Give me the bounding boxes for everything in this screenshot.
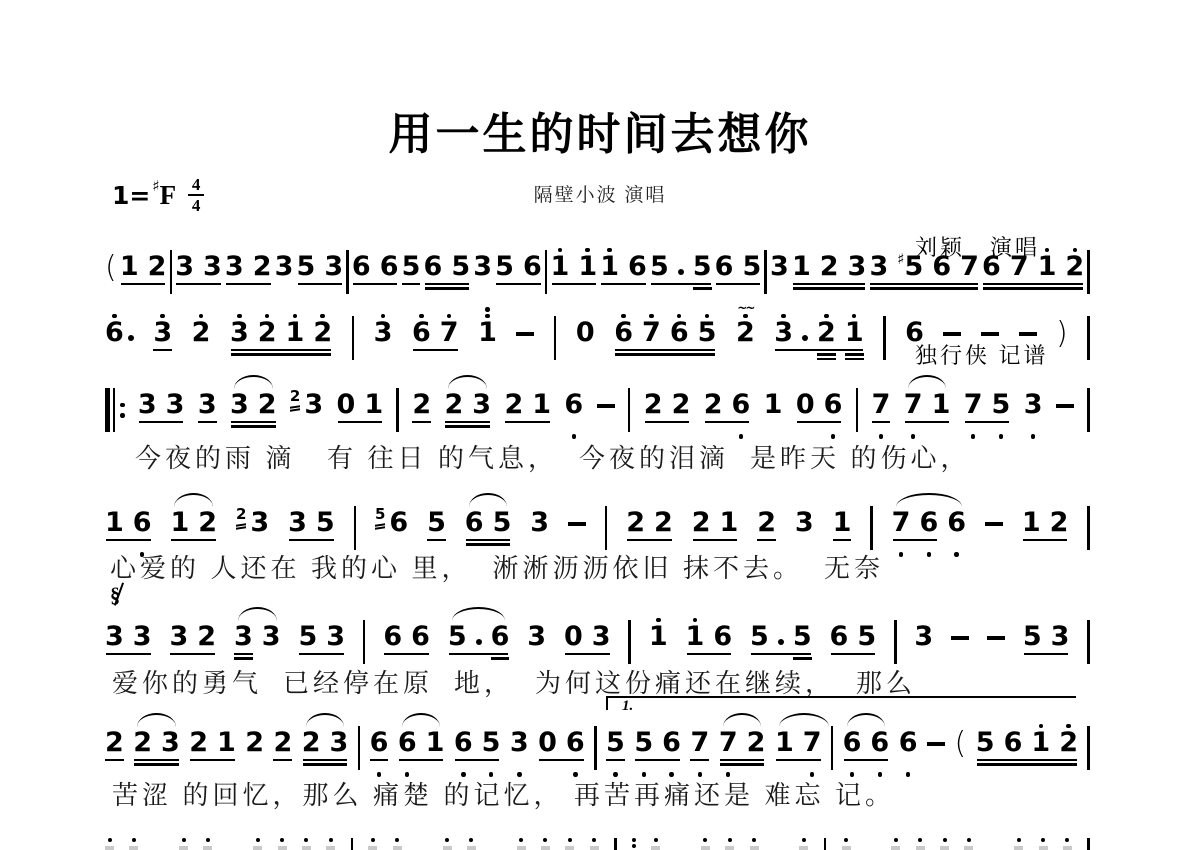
note-digit: 1 xyxy=(578,252,597,282)
octave-dot-below xyxy=(899,552,904,557)
octave-dots-above: ~~ xyxy=(737,302,753,318)
note: 7 xyxy=(960,236,979,304)
note-digit: 5 xyxy=(297,252,316,282)
duration-dash xyxy=(987,636,1005,640)
note-digit: 0 xyxy=(576,318,595,348)
note-digit: 6 xyxy=(919,508,938,538)
note: 2 xyxy=(672,374,691,442)
octave-dots-below xyxy=(1031,432,1036,442)
octave-dot-above xyxy=(485,307,490,312)
note: 3 xyxy=(198,374,217,442)
note: 1 xyxy=(478,302,497,370)
note: 6 xyxy=(424,236,443,304)
barline xyxy=(894,620,897,664)
duration-dash xyxy=(1056,404,1074,408)
beam-group: 16 xyxy=(600,236,647,304)
note: 2 xyxy=(313,302,332,370)
note-underlines xyxy=(198,420,217,432)
note-digit: 3 xyxy=(329,728,348,758)
note-digit: 1 xyxy=(364,390,383,420)
beam-group: 75 xyxy=(964,374,1011,442)
note-underlines xyxy=(478,348,497,360)
note: 2 xyxy=(504,374,523,442)
clipped-note-top xyxy=(393,838,402,850)
note-digit: 7 xyxy=(904,390,923,420)
lyrics-line-2: 心爱的 人还在 我的心 里， 淅淅沥沥依旧 抹不去。 无奈 xyxy=(110,548,884,585)
note-digit: 2 xyxy=(192,318,211,348)
octave-dots-above xyxy=(649,302,654,318)
beam-group: 26 xyxy=(704,374,751,442)
dot xyxy=(182,838,186,842)
octave-dots-above xyxy=(1073,236,1078,252)
note-digit: 2 xyxy=(258,318,277,348)
beam-line xyxy=(775,349,862,352)
note: 1 xyxy=(792,236,811,304)
note: 2 xyxy=(189,712,208,780)
volta-bracket: 1.55677217666(5612 xyxy=(606,712,1078,780)
beam-group: 17 xyxy=(775,712,822,780)
duration-dash xyxy=(985,522,1003,526)
dot xyxy=(469,838,473,842)
beam-group: 6765 xyxy=(614,302,716,370)
note-underlines xyxy=(402,282,421,294)
beam-line xyxy=(413,349,458,352)
beam-line xyxy=(705,421,750,424)
barline xyxy=(1087,388,1090,432)
note-digit: 6 xyxy=(411,622,430,652)
note-digit: 3 xyxy=(105,622,124,652)
note-digit: 6 xyxy=(932,252,951,282)
note-digit: 7 xyxy=(690,728,709,758)
duration-dash xyxy=(951,636,969,640)
mordent-icon: ~~ xyxy=(737,305,753,312)
note-underlines xyxy=(576,348,595,360)
note-digit: 7 xyxy=(964,390,983,420)
beam-line xyxy=(635,759,680,762)
note-digit: 5 xyxy=(451,252,470,282)
note: 2 xyxy=(820,236,839,304)
note-digit: 6 xyxy=(389,508,408,538)
dot xyxy=(592,838,596,842)
note-digit: 3 xyxy=(175,252,194,282)
volta-label: 1. xyxy=(622,698,633,715)
slur-group: 17 xyxy=(775,712,833,780)
note-digit: 3 xyxy=(473,252,492,282)
note: 5 xyxy=(742,236,761,304)
note-digit: 5 xyxy=(448,622,467,652)
digit-stub xyxy=(203,846,212,850)
song-title: 用一生的时间去想你 xyxy=(0,98,1200,162)
note: 3 xyxy=(230,302,249,370)
note-digit: 6 xyxy=(628,252,647,282)
note-digit: 2 xyxy=(817,318,836,348)
clipped-note-top xyxy=(842,838,851,850)
note: 3 xyxy=(225,236,244,304)
beam-line xyxy=(505,421,550,424)
note-digit: 5 xyxy=(976,728,995,758)
note-underlines xyxy=(370,758,389,770)
beam-line xyxy=(170,653,215,656)
note: 0 xyxy=(337,374,356,442)
octave-dot-below xyxy=(999,434,1004,439)
dot xyxy=(206,838,210,842)
note-digit: 7 xyxy=(1010,252,1029,282)
barline xyxy=(883,316,886,360)
beam-group: 5612 xyxy=(976,712,1078,780)
beam-line xyxy=(299,653,344,656)
note-digit: 6 xyxy=(830,622,849,652)
note-underlines xyxy=(564,420,583,432)
dot xyxy=(654,838,658,842)
note-underlines xyxy=(105,348,124,360)
barline xyxy=(628,620,631,664)
barline xyxy=(1087,506,1090,550)
beam-group: 32 xyxy=(230,374,277,442)
grace-note: 2 xyxy=(290,389,300,411)
note-underlines xyxy=(412,420,431,432)
note-digit: 2 xyxy=(313,318,332,348)
note: 6 xyxy=(523,236,542,304)
augmentation-dot xyxy=(128,335,134,341)
note: 1 xyxy=(600,236,619,304)
grace-digit: 2 xyxy=(290,389,300,404)
note: 5 xyxy=(402,236,421,304)
note-digit: 6 xyxy=(352,252,371,282)
key-letter: F xyxy=(160,180,177,211)
note-digit: 6 xyxy=(732,390,751,420)
clipped-note-top xyxy=(517,838,526,850)
parenthesis: ) xyxy=(1056,314,1068,354)
clipped-next-line-strip xyxy=(105,838,1090,850)
beam-line xyxy=(466,539,511,542)
beam-line xyxy=(171,539,216,542)
beam-line xyxy=(693,539,738,542)
beam-line xyxy=(231,353,331,356)
note: 3 xyxy=(848,236,867,304)
note-digit: 3 xyxy=(161,728,180,758)
note: 6 xyxy=(919,492,938,560)
note: 2 xyxy=(148,236,167,304)
note-digit: 1 xyxy=(1022,508,1041,538)
beam-line xyxy=(870,283,977,286)
digit-stub xyxy=(1039,846,1048,850)
dot xyxy=(543,838,547,842)
note-digit: 5 xyxy=(857,622,876,652)
note: 1 xyxy=(532,374,551,442)
note-digit: 2 xyxy=(747,728,766,758)
note: 7 xyxy=(1010,236,1029,304)
note: 7 xyxy=(892,492,911,560)
beam-group: 01 xyxy=(337,374,384,442)
note-digit: 1 xyxy=(217,728,236,758)
note: 3 xyxy=(869,236,888,304)
sharp-icon: ♯ xyxy=(152,177,159,195)
note-digit: 6 xyxy=(523,252,542,282)
octave-dots-above xyxy=(1039,712,1044,728)
note-digit: 2 xyxy=(197,622,216,652)
key-prefix: 1= xyxy=(112,181,150,210)
barline xyxy=(856,388,859,432)
grace-digit: 5 xyxy=(375,507,385,522)
note-digit: 0 xyxy=(564,622,583,652)
note: 5 xyxy=(606,712,625,780)
music-line-2: 6323212367106765~~23216) xyxy=(105,302,1090,370)
sheet-music-page: 用一生的时间去想你 隔壁小波 演唱 刘颖 演唱 独行侠 记谱 1= ♯ F 4 … xyxy=(0,0,1200,850)
note-digit: 3 xyxy=(262,622,281,652)
clipped-barline xyxy=(614,838,617,850)
note: 3 xyxy=(1024,374,1043,442)
dot xyxy=(1065,838,1069,842)
beam-group: 123 xyxy=(792,236,866,304)
clipped-note-top xyxy=(467,838,476,850)
octave-dots-above xyxy=(585,236,590,252)
note: 2 xyxy=(253,236,272,304)
beam-group: 53 xyxy=(297,236,344,304)
dot xyxy=(395,838,399,842)
octave-dots-below xyxy=(954,550,959,560)
note-digit: 2 xyxy=(704,390,723,420)
note: 2 xyxy=(412,374,431,442)
dot xyxy=(728,838,732,842)
octave-dots-above xyxy=(485,302,490,318)
digit-stub xyxy=(842,846,851,850)
note-digit: 2 xyxy=(692,508,711,538)
note-digit: 3 xyxy=(275,252,294,282)
note-digit: 2 xyxy=(444,390,463,420)
note-digit: 7 xyxy=(892,508,911,538)
note-digit: 5 xyxy=(1023,622,1042,652)
note-digit: 2 xyxy=(644,390,663,420)
note-digit: 3 xyxy=(326,622,345,652)
clipped-note-top xyxy=(326,838,335,850)
octave-dots-above xyxy=(693,606,698,622)
note: 1 xyxy=(764,374,783,442)
note-digit: 6 xyxy=(491,622,510,652)
barline xyxy=(1087,726,1090,770)
note-digit: 1 xyxy=(932,390,951,420)
digit-stub xyxy=(393,846,402,850)
note: 6 xyxy=(352,236,371,304)
barline xyxy=(870,506,873,550)
repeat-dot xyxy=(120,413,125,418)
note: 7 xyxy=(803,712,822,780)
note-digit: 1 xyxy=(1038,252,1057,282)
note-digit: 3 xyxy=(914,622,933,652)
note-digit: 5 xyxy=(298,622,317,652)
octave-dots-above xyxy=(419,302,424,318)
beam-line xyxy=(965,421,1010,424)
beam-group: 61 xyxy=(398,712,445,780)
octave-dot-below xyxy=(1031,434,1036,439)
note-digit: 7 xyxy=(872,390,891,420)
digit-stub xyxy=(368,846,377,850)
beam-group: 21 xyxy=(189,712,236,780)
time-numerator: 4 xyxy=(192,176,201,193)
dot xyxy=(280,838,284,842)
note-digit: 3 xyxy=(166,390,185,420)
note-digit: 3 xyxy=(138,390,157,420)
clipped-note-top xyxy=(799,838,808,850)
note-underlines xyxy=(736,348,755,360)
note: 6 xyxy=(732,374,751,442)
beam-line xyxy=(134,763,179,766)
dot xyxy=(304,838,308,842)
grace-beam xyxy=(375,526,385,529)
barline xyxy=(358,726,361,770)
beam-group: 23 xyxy=(302,712,349,780)
note: 6 xyxy=(715,236,734,304)
note: 5 xyxy=(1023,606,1042,674)
note: 5 xyxy=(634,712,653,780)
note: 6 xyxy=(566,712,585,780)
beam-line xyxy=(793,287,865,290)
duration-dash xyxy=(1019,332,1037,336)
note-digit: 5 xyxy=(634,728,653,758)
beam-line xyxy=(425,283,470,286)
note-digit: 3 xyxy=(324,252,343,282)
octave-dots-above xyxy=(237,302,242,318)
note-digit: 2 xyxy=(626,508,645,538)
note-digit: 2 xyxy=(258,390,277,420)
note: 7 xyxy=(642,302,661,370)
beam-line xyxy=(645,421,690,424)
note-digit: 2 xyxy=(672,390,691,420)
note: 0 xyxy=(796,374,815,442)
beam-line xyxy=(776,759,821,762)
beam-line xyxy=(1024,653,1069,656)
digit-stub xyxy=(302,846,311,850)
beam-line xyxy=(445,421,490,424)
beam-group: 76 xyxy=(892,492,939,560)
slur-group: 766 xyxy=(892,492,966,560)
duration-dash xyxy=(927,742,945,746)
note: 6 xyxy=(932,236,951,304)
note-digit: 0 xyxy=(337,390,356,420)
octave-dots-above xyxy=(1045,236,1050,252)
beam-line xyxy=(399,759,444,762)
note-digit: 2 xyxy=(504,390,523,420)
note: 6 xyxy=(662,712,681,780)
note-digit: 6 xyxy=(843,728,862,758)
note-digit: 3 xyxy=(510,728,529,758)
repeat-thin-bar xyxy=(113,388,115,432)
note-digit: 7 xyxy=(960,252,979,282)
note-digit: 6 xyxy=(412,318,431,348)
note-digit: 5 xyxy=(693,252,712,282)
note-digit: 5 xyxy=(495,252,514,282)
dot xyxy=(1017,838,1021,842)
barline xyxy=(628,388,631,432)
octave-dot-below xyxy=(971,434,976,439)
note-digit: 3 xyxy=(250,508,269,538)
note-digit: 2 xyxy=(1065,252,1084,282)
note-underlines xyxy=(192,348,211,360)
note-digit: 1 xyxy=(720,508,739,538)
note: 2 xyxy=(245,712,264,780)
beam-group: 32 xyxy=(225,236,272,304)
clipped-note-top xyxy=(443,838,452,850)
digit-stub xyxy=(799,846,808,850)
note-digit: 5 xyxy=(427,508,446,538)
digit-stub xyxy=(916,846,925,850)
clipped-note-top xyxy=(891,838,900,850)
dot xyxy=(894,838,898,842)
note-digit: 6 xyxy=(424,252,443,282)
note: 7 xyxy=(964,374,983,442)
note-digit: 2 xyxy=(1050,508,1069,538)
clipped-note-top xyxy=(278,838,287,850)
note: 6 xyxy=(564,374,583,442)
note-digit: 1 xyxy=(478,318,497,348)
note-digit: 3 xyxy=(592,622,611,652)
beam-line xyxy=(687,653,732,656)
beam-line xyxy=(303,759,348,762)
octave-dots-above xyxy=(320,302,325,318)
note-digit: ♯5 xyxy=(897,252,923,282)
barline xyxy=(554,316,557,360)
dot xyxy=(844,838,848,842)
clipped-note-top xyxy=(750,838,759,850)
note-digit: 2 xyxy=(133,728,152,758)
beam-line xyxy=(121,283,166,286)
parenthesis: ( xyxy=(105,248,117,288)
note-digit: 3 xyxy=(169,622,188,652)
clipped-note-top xyxy=(203,838,212,850)
note: 1 xyxy=(364,374,383,442)
clipped-note-top xyxy=(916,838,925,850)
beam-line xyxy=(983,283,1083,286)
barline xyxy=(1087,250,1090,294)
note-digit: 3 xyxy=(198,390,217,420)
beam-line xyxy=(905,421,950,424)
barline xyxy=(346,250,349,294)
digit-stub xyxy=(326,846,335,850)
note-underlines xyxy=(275,282,294,294)
octave-dots-above xyxy=(621,302,626,318)
dot xyxy=(918,838,922,842)
digit-stub xyxy=(891,846,900,850)
beam-group: 33 xyxy=(138,374,185,442)
augmentation-dot xyxy=(678,269,684,275)
beam-group: 33 xyxy=(175,236,222,304)
beam-line xyxy=(615,349,715,352)
note-digit: 5 xyxy=(793,622,812,652)
beam-line xyxy=(176,283,221,286)
clipped-note-top xyxy=(1063,838,1072,850)
note-digit: 2 xyxy=(1059,728,1078,758)
beam-group: 06 xyxy=(796,374,843,442)
beam-group: 72 xyxy=(719,712,766,780)
note-underlines xyxy=(947,538,966,550)
note-digit: 7 xyxy=(642,318,661,348)
beam-line xyxy=(870,287,977,290)
note-digit: 6 xyxy=(398,728,417,758)
note-underlines xyxy=(899,758,918,770)
barline xyxy=(170,250,173,294)
octave-dots-below xyxy=(927,550,932,560)
digit-stub xyxy=(541,846,550,850)
note: 6 xyxy=(614,302,633,370)
barline xyxy=(831,726,834,770)
beam-line xyxy=(445,425,490,428)
note: 5 xyxy=(698,302,717,370)
beam-group: 12 xyxy=(1022,492,1069,560)
note-digit: 2 xyxy=(198,508,217,538)
beam-line xyxy=(455,759,500,762)
note-digit: 3 xyxy=(530,508,549,538)
note: 6 xyxy=(454,712,473,780)
note-digit: 3 xyxy=(770,252,789,282)
